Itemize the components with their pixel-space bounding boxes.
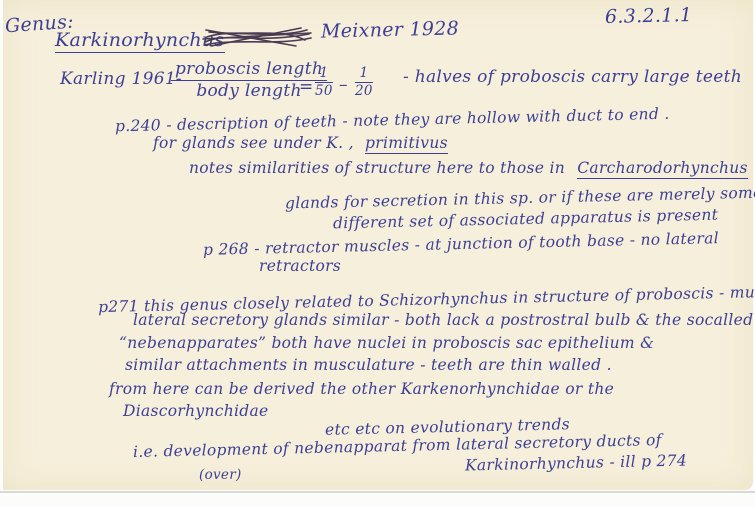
similarities-prefix: notes similarities of structure here to … <box>189 159 565 177</box>
glands-note: for glands see under K. , primitivus <box>153 135 448 152</box>
ratio2-denominator: 20 <box>355 83 373 99</box>
proboscis-teeth-note: - halves of proboscis carry large teeth <box>403 68 742 87</box>
author-year: Meixner 1928 <box>321 18 460 42</box>
page-240-note: p.240 - description of teeth - note they… <box>115 106 670 136</box>
equals-sign: = <box>299 78 314 97</box>
p271-line-4: similar attachments in musculature - tee… <box>125 357 612 374</box>
karkinorhynchus-illustration-ref: Karkinorhynchus - ill p 274 <box>465 452 687 474</box>
glands-note-prefix: for glands see under K. , <box>153 134 354 152</box>
ratio1-numerator: 1 <box>315 66 333 83</box>
p271-line-6: Diascorhynchidae <box>123 403 268 420</box>
ratio-dash: – <box>339 76 348 95</box>
page-268-note: p 268 - retractor muscles - at junction … <box>203 230 719 259</box>
index-card-paper: 6.3.2.1.1 Genus: Karkinorhynchus Meixner… <box>3 0 753 490</box>
karling-reference: Karling 1961- <box>60 70 182 89</box>
ratio-one-fiftieth: 1 50 <box>315 66 333 99</box>
apparatus-note: different set of associated apparatus is… <box>333 207 719 233</box>
scan-bottom-edge <box>0 491 755 493</box>
genus-name: Karkinorhynchus <box>55 30 225 53</box>
p271-line-5: from here can be derived the other Karke… <box>109 381 614 398</box>
over-note: (over) <box>199 468 242 483</box>
p271-line-3: “nebenapparates” both have nuclei in pro… <box>119 335 654 352</box>
retractors-word: retractors <box>259 258 341 275</box>
ratio1-denominator: 50 <box>315 83 333 99</box>
p271-line-2: lateral secretory glands similar - both … <box>133 312 753 329</box>
scribble-strokes <box>201 22 313 50</box>
similarities-genus: Carcharodorhynchus <box>577 159 748 179</box>
ratio2-numerator: 1 <box>355 66 373 83</box>
ratio-one-twentieth: 1 20 <box>355 66 373 99</box>
scanned-index-card: 6.3.2.1.1 Genus: Karkinorhynchus Meixner… <box>0 0 755 507</box>
scratched-out-text <box>201 22 313 54</box>
catalog-number: 6.3.2.1.1 <box>605 5 693 28</box>
similarities-note: notes similarities of structure here to … <box>189 160 748 177</box>
glands-note-term: primitivus <box>365 134 448 154</box>
